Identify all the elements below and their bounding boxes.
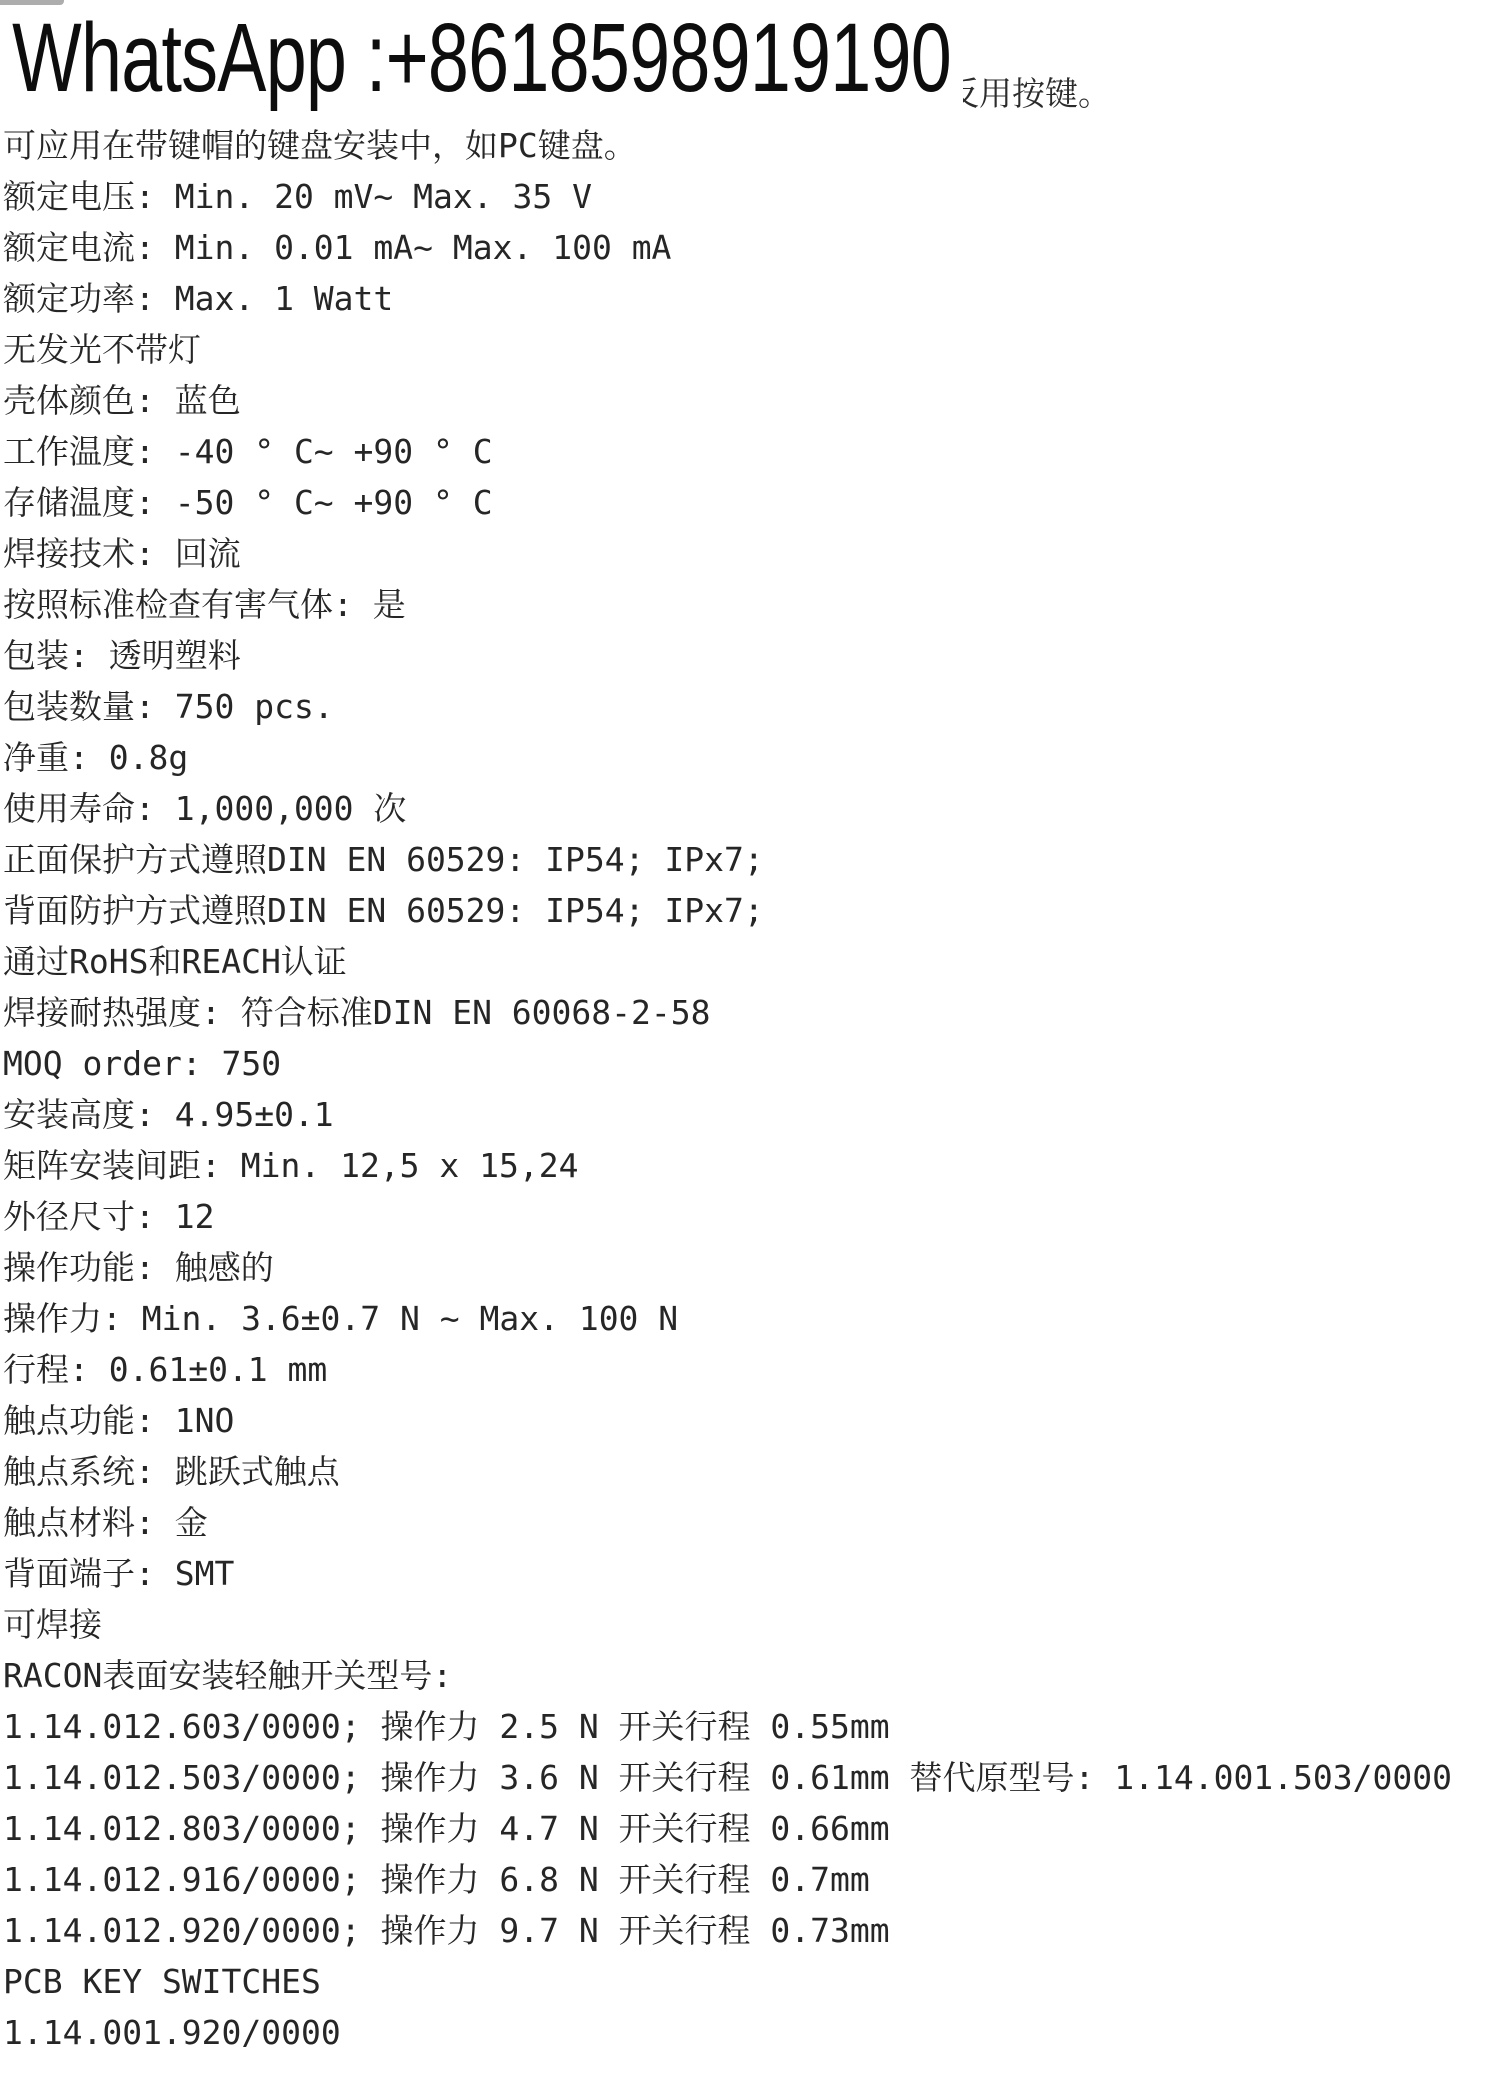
spec-list: 可应用在带键帽的键盘安装中，如PC键盘。额定电压: Min. 20 mV~ Ma… xyxy=(3,120,1497,2058)
spec-line: 背面端子: SMT xyxy=(3,1548,1497,1599)
spec-line: 触点功能: 1NO xyxy=(3,1395,1497,1446)
spec-line: 触点系统: 跳跃式触点 xyxy=(3,1446,1497,1497)
document-page: 反用按键。 WhatsApp :+8618598919190 可应用在带键帽的键… xyxy=(0,0,1500,2080)
spec-line: 1.14.012.916/0000; 操作力 6.8 N 开关行程 0.7mm xyxy=(3,1854,1497,1905)
spec-line: 正面保护方式遵照DIN EN 60529: IP54; IPx7; xyxy=(3,834,1497,885)
spec-line: 存储温度: -50 ° C~ +90 ° C xyxy=(3,477,1497,528)
spec-line: RACON表面安装轻触开关型号: xyxy=(3,1650,1497,1701)
spec-line: 包装: 透明塑料 xyxy=(3,630,1497,681)
scan-artifact xyxy=(0,0,64,5)
spec-line: 1.14.001.920/0000 xyxy=(3,2007,1497,2058)
spec-line: 壳体颜色: 蓝色 xyxy=(3,375,1497,426)
spec-line: 1.14.012.603/0000; 操作力 2.5 N 开关行程 0.55mm xyxy=(3,1701,1497,1752)
spec-line: 操作功能: 触感的 xyxy=(3,1242,1497,1293)
spec-line: 焊接耐热强度: 符合标准DIN EN 60068-2-58 xyxy=(3,987,1497,1038)
spec-line: 1.14.012.920/0000; 操作力 9.7 N 开关行程 0.73mm xyxy=(3,1905,1497,1956)
spec-line: 触点材料: 金 xyxy=(3,1497,1497,1548)
spec-line: 1.14.012.803/0000; 操作力 4.7 N 开关行程 0.66mm xyxy=(3,1803,1497,1854)
spec-line: 安装高度: 4.95±0.1 xyxy=(3,1089,1497,1140)
spec-line: 背面防护方式遵照DIN EN 60529: IP54; IPx7; xyxy=(3,885,1497,936)
spec-line: 额定电流: Min. 0.01 mA~ Max. 100 mA xyxy=(3,222,1497,273)
spec-line: 行程: 0.61±0.1 mm xyxy=(3,1344,1497,1395)
spec-line: 额定功率: Max. 1 Watt xyxy=(3,273,1497,324)
spec-line: 通过RoHS和REACH认证 xyxy=(3,936,1497,987)
spec-line: 使用寿命: 1,000,000 次 xyxy=(3,783,1497,834)
spec-line: 净重: 0.8g xyxy=(3,732,1497,783)
spec-line: 按照标准检查有害气体: 是 xyxy=(3,579,1497,630)
spec-line: PCB KEY SWITCHES xyxy=(3,1956,1497,2007)
spec-line: 外径尺寸: 12 xyxy=(3,1191,1497,1242)
spec-line: 1.14.012.503/0000; 操作力 3.6 N 开关行程 0.61mm… xyxy=(3,1752,1497,1803)
spec-line: 包装数量: 750 pcs. xyxy=(3,681,1497,732)
spec-line: 无发光不带灯 xyxy=(3,324,1497,375)
overlapped-text-fragment: 反用按键。 xyxy=(946,68,1111,119)
spec-line: 矩阵安装间距: Min. 12,5 x 15,24 xyxy=(3,1140,1497,1191)
whatsapp-contact-text: WhatsApp :+8618598919190 xyxy=(0,0,732,116)
spec-line: 可应用在带键帽的键盘安装中，如PC键盘。 xyxy=(3,120,1497,171)
spec-line: 额定电压: Min. 20 mV~ Max. 35 V xyxy=(3,171,1497,222)
whatsapp-header: WhatsApp :+8618598919190 xyxy=(0,0,963,120)
spec-line: 可焊接 xyxy=(3,1599,1497,1650)
spec-line: 工作温度: -40 ° C~ +90 ° C xyxy=(3,426,1497,477)
spec-line: MOQ order: 750 xyxy=(3,1038,1497,1089)
spec-line: 操作力: Min. 3.6±0.7 N ~ Max. 100 N xyxy=(3,1293,1497,1344)
spec-line: 焊接技术: 回流 xyxy=(3,528,1497,579)
